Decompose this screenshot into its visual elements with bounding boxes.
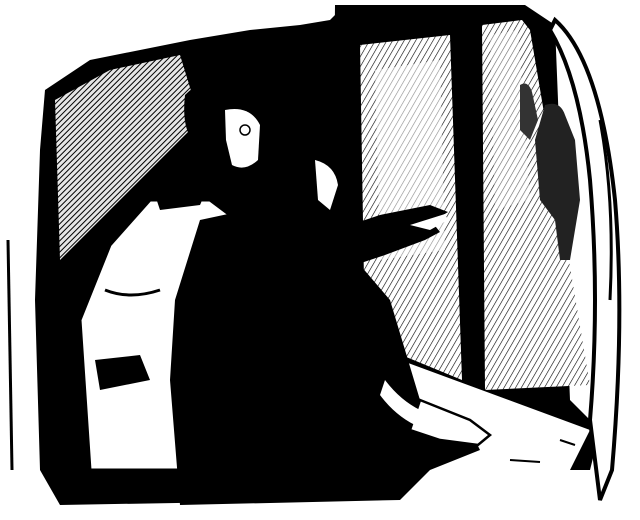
illustration <box>0 0 640 520</box>
illustration-svg <box>0 0 640 520</box>
